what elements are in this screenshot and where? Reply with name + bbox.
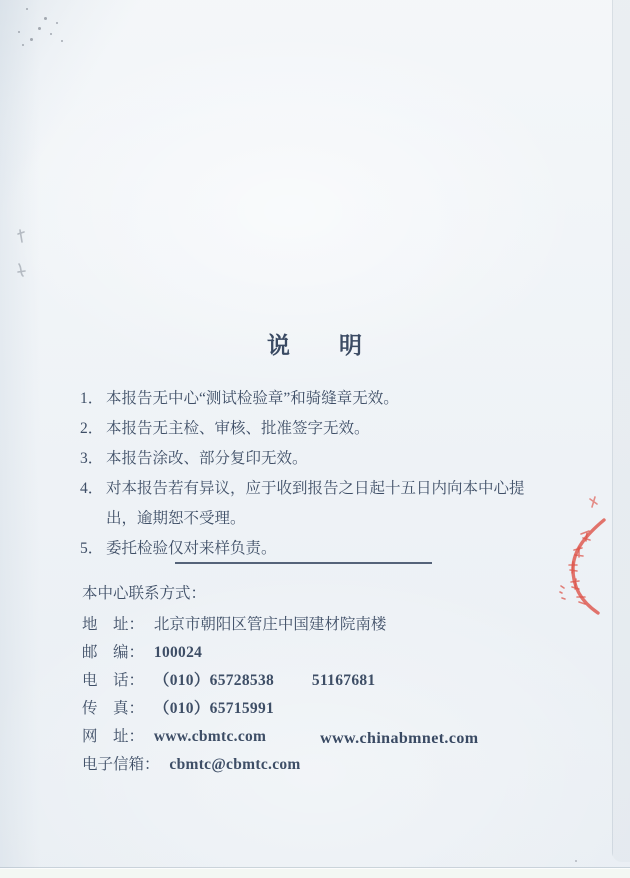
paper-right-edge xyxy=(612,0,630,862)
note-text: 本报告涂改、部分复印无效。 xyxy=(106,450,308,467)
divider-line xyxy=(175,562,432,564)
contact-value: 100024 xyxy=(154,644,202,661)
note-number: 1． xyxy=(80,384,106,414)
contact-row-email: 电子信箱： cbmtc@cbmtc.com xyxy=(82,751,552,779)
speckle xyxy=(44,17,47,20)
stamp-characters xyxy=(560,531,590,604)
contact-label: 网 址： xyxy=(82,723,144,751)
contact-label: 地 址： xyxy=(82,611,144,639)
speckle xyxy=(38,27,41,30)
contact-heading: 本中心联系方式： xyxy=(82,580,552,608)
contact-label: 电子信箱： xyxy=(82,751,160,779)
scanned-page: 说 明 1． 本报告无中心“测试检验章”和骑缝章无效。 2． 本报告无主检、审核… xyxy=(0,0,630,878)
note-item: 4． 对本报告若有异议，应于收到报告之日起十五日内向本中心提出，逾期恕不受理。 xyxy=(80,474,542,534)
note-item: 2． 本报告无主检、审核、批准签字无效。 xyxy=(80,414,542,444)
speckle xyxy=(56,22,58,24)
note-item: 3． 本报告涂改、部分复印无效。 xyxy=(80,444,542,474)
page-title: 说 明 xyxy=(0,327,630,360)
speckle xyxy=(30,38,33,41)
contact-label: 传 真： xyxy=(82,695,144,723)
speckle xyxy=(50,33,52,35)
note-item: 5． 委托检验仅对来样负责。 xyxy=(80,534,542,564)
speckle xyxy=(22,44,24,46)
note-text: 本报告无中心“测试检验章”和骑缝章无效。 xyxy=(106,390,399,407)
contact-value-secondary: 51167681 xyxy=(312,672,376,689)
note-number: 4． xyxy=(80,474,106,504)
contact-row-website: 网 址： www.cbmtc.com www.chinabmnet.com xyxy=(82,723,552,751)
speckle xyxy=(18,31,20,33)
contact-value-secondary: www.chinabmnet.com xyxy=(320,730,478,747)
contact-value: （010）65715991 xyxy=(154,700,274,717)
contact-value: www.cbmtc.com xyxy=(154,728,266,745)
contact-label: 电 话： xyxy=(82,667,144,695)
note-number: 2． xyxy=(80,414,106,444)
paper-bottom-edge xyxy=(0,867,630,878)
contact-value: （010）65728538 xyxy=(154,672,274,689)
speckle xyxy=(26,8,28,10)
note-number: 5． xyxy=(80,534,106,564)
speckle xyxy=(61,40,63,42)
contact-value: 北京市朝阳区管庄中国建材院南楼 xyxy=(154,616,387,633)
note-text: 本报告无主检、审核、批准签字无效。 xyxy=(106,420,370,437)
contact-row-phone: 电 话： （010）65728538 51167681 xyxy=(82,667,552,695)
note-number: 3． xyxy=(80,444,106,474)
stamp-arc xyxy=(573,520,604,613)
contact-row-address: 地 址： 北京市朝阳区管庄中国建材院南楼 xyxy=(82,611,552,639)
contact-row-fax: 传 真： （010）65715991 xyxy=(82,695,552,723)
pencil-marks xyxy=(10,222,40,292)
contact-label: 邮 编： xyxy=(82,639,144,667)
contact-value: cbmtc@cbmtc.com xyxy=(169,756,300,773)
contact-section: 本中心联系方式： 地 址： 北京市朝阳区管庄中国建材院南楼 邮 编： 10002… xyxy=(82,580,552,779)
note-text: 对本报告若有异议，应于收到报告之日起十五日内向本中心提出，逾期恕不受理。 xyxy=(106,480,525,527)
speckle xyxy=(575,860,577,862)
notes-list: 1． 本报告无中心“测试检验章”和骑缝章无效。 2． 本报告无主检、审核、批准签… xyxy=(80,384,542,564)
note-item: 1． 本报告无中心“测试检验章”和骑缝章无效。 xyxy=(80,384,542,414)
contact-row-postcode: 邮 编： 100024 xyxy=(82,639,552,667)
note-text: 委托检验仅对来样负责。 xyxy=(106,540,277,557)
